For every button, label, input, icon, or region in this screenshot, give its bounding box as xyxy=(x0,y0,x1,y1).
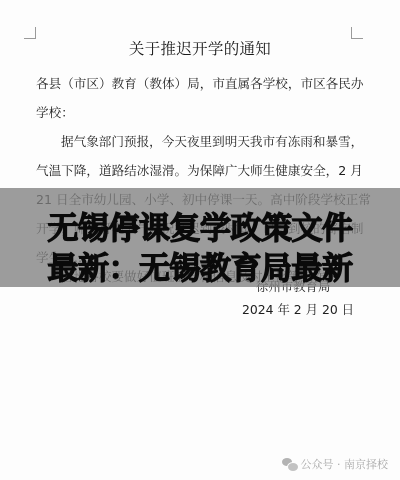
overlay-headline-line-1: 无锡停课复学政策文件 xyxy=(0,203,400,248)
document-page: 关于推迟开学的通知 各县（市区）教育（教体）局，市直属各学校，市区各民办 学校：… xyxy=(0,0,400,480)
body-line: 气温下降，道路结冰湿滑。为保障广大师生健康安全，2 月 xyxy=(36,156,352,185)
source-watermark: 公众号 · 南京择校 xyxy=(282,456,389,472)
wechat-icon xyxy=(282,458,298,471)
salutation-line: 学校： xyxy=(36,98,352,127)
salutation-line: 各县（市区）教育（教体）局，市直属各学校，市区各民办 xyxy=(36,69,352,98)
body-line: 据气象部门预报，今天夜里到明天我市有冻雨和暴雪， xyxy=(36,127,352,156)
document-title: 关于推迟开学的通知 xyxy=(0,37,400,59)
watermark-text: 公众号 · 南京择校 xyxy=(301,456,389,472)
issue-date: 2024 年 2 月 20 日 xyxy=(242,300,354,318)
overlay-headline-line-2: 最新：无锡教育局最新 xyxy=(0,243,400,288)
salutation: 各县（市区）教育（教体）局，市直属各学校，市区各民办 学校： xyxy=(36,69,352,127)
